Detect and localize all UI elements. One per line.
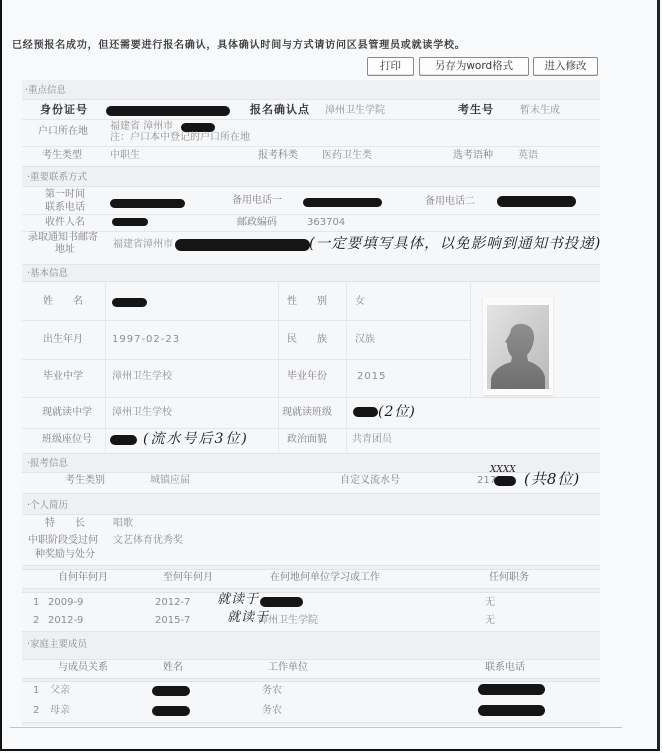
handwritten-studied-at: 就读于 [227, 610, 269, 626]
row-work: 务农 [262, 685, 282, 697]
awards-label-line2: 种奖励与处分 [35, 549, 95, 561]
serial-label: 自定义流水号 [340, 475, 400, 487]
row-to: 2015-7 [155, 615, 190, 627]
column-divider [105, 281, 106, 452]
ethnicity-value: 汉族 [355, 334, 375, 346]
row-relation: 父亲 [50, 685, 70, 697]
gender-value: 女 [355, 296, 365, 308]
seat-no-redaction [110, 435, 137, 445]
subject-label: 报考科类 [258, 150, 298, 162]
awards-value: 文艺体育优秀奖 [113, 535, 183, 547]
grad-school-label: 毕业中学 [43, 371, 83, 383]
section-title-key-info: ·重点信息 [25, 85, 66, 97]
exam-no-label: 考生号 [458, 104, 494, 116]
row-index: 2 [33, 615, 39, 627]
student-type-value: 中职生 [110, 150, 140, 162]
resume-col-place: 在何地何单位学习或工作 [270, 572, 380, 584]
handwritten-serial-placeholder: XXXX [490, 465, 516, 475]
subject-value: 医药卫生类 [322, 150, 372, 162]
row-work: 务农 [262, 705, 282, 717]
backup-phone-2-label: 备用电话二 [425, 196, 475, 208]
mail-address-label-line1: 录取通知书邮寄 [28, 232, 98, 244]
row-divider [22, 428, 600, 429]
column-divider [346, 281, 347, 452]
row-from: 2009-9 [48, 597, 83, 609]
language-value: 英语 [518, 150, 538, 162]
political-value: 共青团员 [352, 434, 392, 446]
row-divider [22, 397, 600, 398]
registration-notice: 已经预报名成功，但还需要进行报名确认，具体确认时间与方式请访问区县管理员或就读学… [12, 40, 466, 52]
language-label: 选考语种 [453, 150, 493, 162]
category-value: 城镇应届 [150, 475, 190, 487]
name-label: 姓 名 [43, 296, 83, 308]
row-divider [22, 119, 600, 120]
handwritten-serial-note: (共8位) [524, 471, 580, 487]
name-redaction [152, 706, 190, 716]
hukou-label: 户口所在地 [38, 126, 88, 138]
seat-no-label: 班级座位号 [42, 434, 92, 446]
row-from: 2012-9 [48, 615, 83, 627]
row-divider [22, 320, 470, 321]
row-divider [22, 359, 470, 360]
row-relation: 母亲 [50, 705, 70, 717]
birth-value: 1997-02-23 [112, 334, 180, 346]
resume-col-from: 自何年何月 [58, 572, 108, 584]
current-school-value: 漳州卫生学校 [112, 407, 172, 419]
current-class-redaction [353, 407, 378, 417]
phone-redaction [478, 705, 545, 716]
row-index: 1 [33, 685, 39, 697]
phone-redaction [478, 684, 545, 695]
name-redaction [152, 686, 190, 696]
ethnicity-label: 民 族 [287, 334, 327, 346]
resume-band [22, 514, 600, 566]
family-col-relation: 与成员关系 [58, 662, 108, 674]
print-button[interactable]: 打印 [367, 57, 414, 76]
handwritten-seat-note: (流水号后3位) [143, 431, 249, 447]
handwritten-class-note: (2位) [378, 404, 416, 420]
row-divider [22, 146, 600, 147]
mail-address-label-line2: 地址 [55, 244, 75, 256]
name-redaction [112, 298, 147, 307]
id-number-label: 身份证号 [40, 104, 88, 116]
mail-address-value: 福建省漳州市 [113, 239, 173, 251]
serial-redaction [494, 476, 516, 486]
birth-label: 出生年月 [43, 334, 83, 346]
section-title-resume: ·个人简历 [27, 500, 68, 512]
row-divider [22, 214, 600, 215]
family-col-work: 工作单位 [268, 662, 308, 674]
backup-phone-2-redaction [497, 196, 576, 207]
primary-phone-label-line2: 联系电话 [45, 202, 85, 214]
handwritten-studied-at: 就读于 [217, 592, 259, 608]
backup-phone-1-redaction [303, 198, 382, 207]
resume-col-to: 至何年何月 [163, 572, 213, 584]
recipient-label: 收件人名 [45, 217, 85, 229]
mail-address-redaction [175, 239, 310, 251]
primary-phone-label-line1: 第一时间 [45, 189, 85, 201]
row-index: 2 [33, 705, 39, 717]
specialty-label: 特 长 [45, 518, 85, 530]
grad-school-value: 漳州卫生学校 [112, 371, 172, 383]
primary-phone-redaction [110, 199, 185, 208]
postcode-label: 邮政编码 [237, 217, 277, 229]
id-number-redaction [106, 106, 230, 116]
confirm-point-label: 报名确认点 [250, 104, 310, 116]
family-col-name: 姓名 [163, 662, 183, 674]
grad-year-label: 毕业年份 [287, 371, 327, 383]
section-title-contact: ·重要联系方式 [27, 172, 87, 184]
section-title-application: ·报考信息 [27, 458, 68, 470]
category-label: 考生类别 [65, 475, 105, 487]
student-photo [483, 297, 553, 395]
specialty-value: 唱歌 [113, 518, 133, 530]
exam-no-value: 暂未生成 [520, 105, 560, 117]
current-class-label: 现就读班级 [282, 407, 332, 419]
section-title-basic: ·基本信息 [27, 268, 68, 280]
family-col-phone: 联系电话 [485, 662, 525, 674]
hukou-redaction [181, 123, 215, 132]
column-divider [470, 281, 471, 397]
confirm-point-value: 漳州卫生学院 [325, 105, 385, 117]
row-divider [22, 231, 600, 232]
current-school-label: 现就读中学 [42, 407, 92, 419]
backup-phone-1-label: 备用电话一 [232, 195, 282, 207]
awards-label-line1: 中职阶段受过何 [28, 535, 98, 547]
row-to: 2012-7 [155, 597, 190, 609]
place-redaction [260, 597, 303, 607]
grad-year-value: 2015 [357, 371, 386, 383]
political-label: 政治面貌 [287, 434, 327, 446]
row-role: 无 [485, 615, 495, 627]
gender-label: 性 别 [287, 296, 327, 308]
save-as-word-button[interactable]: 另存为word格式 [419, 57, 529, 76]
handwritten-address-note: (一定要填写具体，以免影响到通知书投递) [309, 236, 601, 252]
person-silhouette-icon [483, 297, 553, 395]
row-role: 无 [485, 597, 495, 609]
recipient-redaction [112, 218, 148, 226]
postcode-value: 363704 [307, 217, 345, 229]
hukou-note: 注：户口本中登记的户口所在地 [110, 132, 250, 144]
column-divider [278, 281, 279, 452]
edit-button[interactable]: 进入修改 [533, 57, 598, 76]
resume-col-role: 任何职务 [489, 572, 529, 584]
student-type-label: 考生类型 [42, 150, 82, 162]
section-title-family: ·家庭主要成员 [27, 639, 87, 651]
bottom-divider [10, 727, 622, 728]
row-index: 1 [33, 597, 39, 609]
